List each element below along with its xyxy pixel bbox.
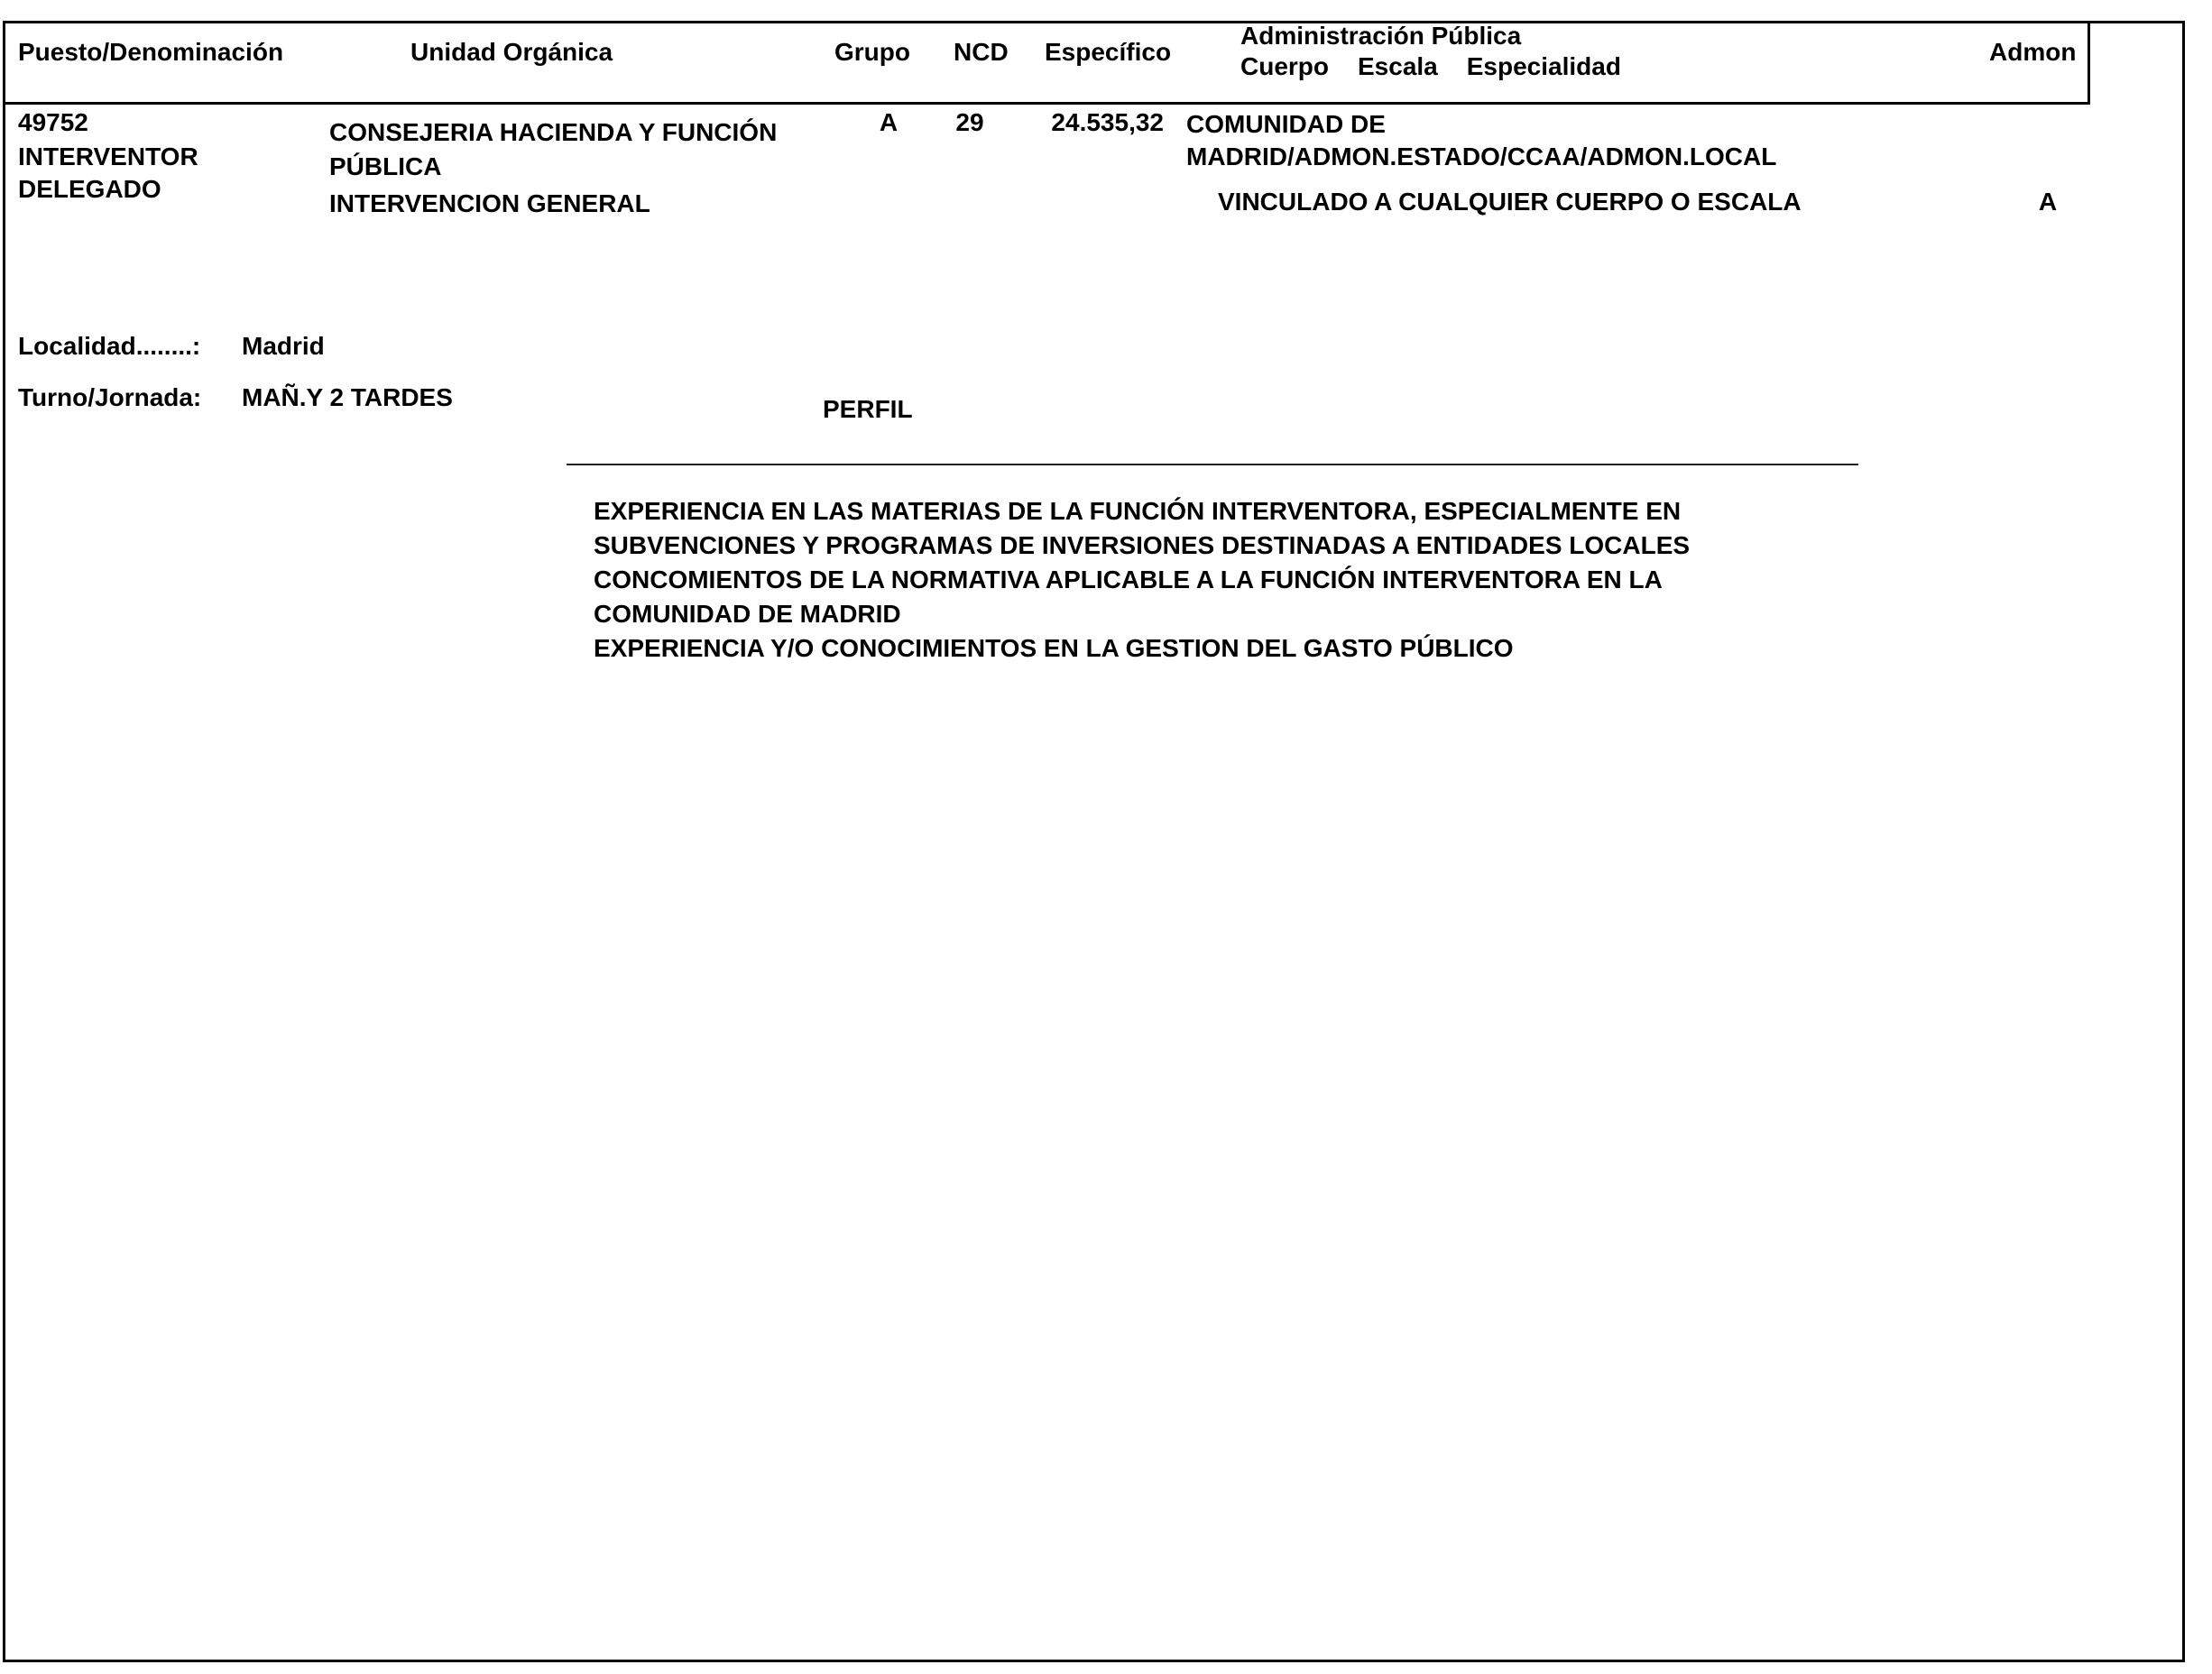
subheader-cuerpo: Cuerpo — [1240, 52, 1329, 81]
cuerpo-escala-value: VINCULADO A CUALQUIER CUERPO O ESCALA — [1218, 188, 1802, 216]
perfil-divider — [567, 464, 1858, 465]
perfil-line: EXPERIENCIA EN LAS MATERIAS DE LA FUNCIÓ… — [594, 494, 1690, 529]
document-page: Puesto/Denominación Unidad Orgánica Grup… — [0, 0, 2212, 1674]
puesto-denominacion: INTERVENTOR DELEGADO — [18, 141, 198, 206]
denominacion-line: INTERVENTOR — [18, 141, 198, 173]
perfil-line: EXPERIENCIA Y/O CONOCIMIENTOS EN LA GEST… — [594, 631, 1690, 666]
page-outer-border — [3, 21, 2185, 1662]
unidad-organica-line: CONSEJERIA HACIENDA Y FUNCIÓN — [329, 115, 777, 150]
localidad-value: Madrid — [242, 332, 325, 361]
column-header-especifico: Específico — [1045, 38, 1171, 67]
perfil-line: SUBVENCIONES Y PROGRAMAS DE INVERSIONES … — [594, 529, 1690, 563]
perfil-line: COMUNIDAD DE MADRID — [594, 597, 1690, 631]
column-header-puesto: Puesto/Denominación — [18, 38, 283, 67]
subheader-escala: Escala — [1358, 52, 1438, 81]
column-header-ncd: NCD — [954, 38, 1009, 67]
puesto-codigo: 49752 — [18, 108, 88, 137]
administracion-line: COMUNIDAD DE — [1186, 108, 1776, 141]
denominacion-line: DELEGADO — [18, 173, 198, 206]
unidad-organica: CONSEJERIA HACIENDA Y FUNCIÓN PÚBLICA — [329, 115, 777, 184]
perfil-line: CONCOMIENTOS DE LA NORMATIVA APLICABLE A… — [594, 563, 1690, 597]
column-header-grupo: Grupo — [834, 38, 910, 67]
turno-jornada-label: Turno/Jornada: — [18, 383, 201, 412]
perfil-title: PERFIL — [823, 395, 913, 424]
especifico-value: 24.535,32 — [1028, 108, 1164, 137]
turno-jornada-value: MAÑ.Y 2 TARDES — [242, 383, 453, 412]
unidad-organica-line: PÚBLICA — [329, 150, 777, 184]
ncd-value: 29 — [938, 108, 1001, 137]
column-header-unidad: Unidad Orgánica — [410, 38, 613, 67]
administracion-line: MADRID/ADMON.ESTADO/CCAA/ADMON.LOCAL — [1186, 141, 1776, 173]
admon-value: A — [2021, 188, 2075, 216]
grupo-value: A — [862, 108, 916, 137]
column-header-admon: Admon — [1989, 38, 2076, 67]
subheader-especialidad: Especialidad — [1467, 52, 1621, 81]
unidad-suborganica: INTERVENCION GENERAL — [329, 189, 650, 218]
administracion-publica-value: COMUNIDAD DE MADRID/ADMON.ESTADO/CCAA/AD… — [1186, 108, 1776, 173]
column-header-administracion-publica: Administración Pública — [1240, 22, 1521, 51]
localidad-label: Localidad........: — [18, 332, 200, 361]
column-header-cuerpo-escala-especialidad: Cuerpo Escala Especialidad — [1240, 52, 1621, 81]
perfil-text: EXPERIENCIA EN LAS MATERIAS DE LA FUNCIÓ… — [594, 494, 1690, 666]
